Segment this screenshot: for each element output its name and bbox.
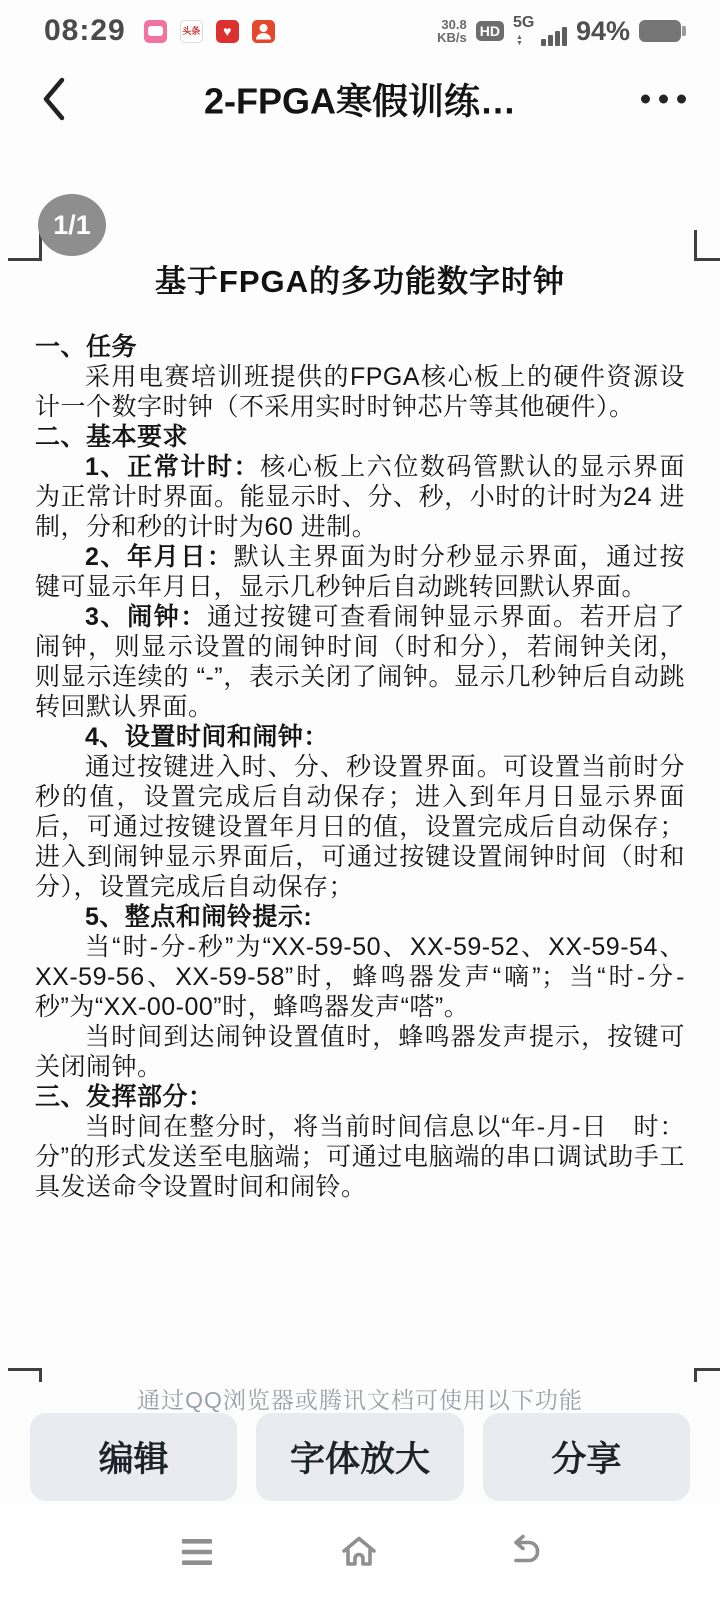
doc-section-heading: 三、发挥部分：	[35, 1082, 685, 1112]
chevron-left-icon	[34, 71, 72, 127]
notification-icons: 头条 ♥	[144, 20, 275, 43]
signal-bars-icon	[541, 27, 567, 46]
hd-badge: HD	[476, 21, 504, 41]
doc-paragraph: 当“时-分-秒”为“XX-59-50、XX-59-52、XX-59-54、XX-…	[35, 932, 685, 1022]
doc-paragraph: 当时间在整分时，将当前时间信息以“年-月-日 时：分”的形式发送至电脑端；可通过…	[35, 1112, 685, 1202]
phone-screen: 08:29 头条 ♥ 30.8 KB/s HD 5G ▲▼ 94%	[0, 0, 720, 1600]
status-indicators: 30.8 KB/s HD 5G ▲▼ 94%	[437, 15, 686, 47]
title-bar: 2-FPGA寒假训练…	[0, 56, 720, 142]
network-speed: 30.8 KB/s	[437, 18, 467, 44]
heart-app-icon: ♥	[216, 20, 239, 43]
system-nav-bar	[0, 1504, 720, 1600]
more-options-button[interactable]	[637, 85, 690, 114]
doc-paragraph: 通过按键进入时、分、秒设置界面。可设置当前时分秒的值，设置完成后自动保存；进入到…	[35, 752, 685, 902]
tv-glyph	[148, 26, 163, 36]
bilibili-app-icon	[144, 20, 167, 43]
dot-icon	[677, 95, 686, 104]
data-arrows-icon: ▲▼	[516, 35, 523, 47]
page-corner-mark-bottom-left	[8, 1368, 42, 1382]
page-corner-mark-bottom-right	[694, 1368, 720, 1382]
document-body: 一、任务 采用电赛培训班提供的FPGA核心板上的硬件资源设计一个数字时钟（不采用…	[35, 332, 685, 1202]
back-button[interactable]	[34, 71, 72, 127]
edit-button[interactable]: 编辑	[30, 1413, 237, 1501]
status-bar: 08:29 头条 ♥ 30.8 KB/s HD 5G ▲▼ 94%	[0, 0, 720, 56]
signal-indicator: 5G ▲▼	[513, 15, 567, 47]
doc-item-label: 2、年月日：	[85, 543, 234, 571]
battery-icon	[639, 20, 686, 42]
doc-paragraph: 1、正常计时：核心板上六位数码管默认的显示界面为正常计时界面。能显示时、分、秒，…	[35, 452, 685, 542]
doc-section-heading: 二、基本要求	[35, 422, 685, 452]
page-corner-mark-top-left	[8, 230, 42, 261]
doc-paragraph: 当时间到达闹钟设置值时，蜂鸣器发声提示，按键可关闭闹钟。	[35, 1022, 685, 1082]
dot-icon	[641, 95, 650, 104]
dot-icon	[659, 95, 668, 104]
back-nav-icon[interactable]	[502, 1534, 542, 1570]
doc-paragraph: 2、年月日：默认主界面为时分秒显示界面，通过按键可显示年月日，显示几秒钟后自动跳…	[35, 542, 685, 602]
page-indicator-badge: 1/1	[38, 194, 106, 256]
home-icon[interactable]	[339, 1534, 379, 1570]
battery-percent: 94%	[576, 16, 630, 47]
feature-tip-text: 通过QQ浏览器或腾讯文档可使用以下功能	[0, 1382, 720, 1415]
network-type-label: 5G	[513, 14, 534, 32]
doc-item-heading: 5、整点和闹铃提示:	[35, 902, 685, 932]
recents-menu-icon[interactable]	[178, 1534, 216, 1570]
doc-item-label: 3、闹钟：	[85, 603, 207, 631]
toutiao-app-icon: 头条	[180, 20, 203, 43]
document-heading: 基于FPGA的多功能数字时钟	[0, 256, 720, 301]
action-button-row: 编辑 字体放大 分享	[30, 1413, 690, 1501]
clock-time: 08:29	[44, 14, 126, 48]
doc-paragraph: 采用电赛培训班提供的FPGA核心板上的硬件资源设计一个数字时钟（不采用实时时钟芯…	[35, 362, 685, 422]
share-button[interactable]: 分享	[483, 1413, 690, 1501]
doc-paragraph: 3、闹钟：通过按键可查看闹钟显示界面。若开启了闹钟，则显示设置的闹钟时间（时和分…	[35, 602, 685, 722]
doc-section-heading: 一、任务	[35, 332, 685, 362]
person-app-icon	[252, 20, 275, 43]
doc-item-label: 1、正常计时：	[85, 453, 260, 481]
enlarge-font-button[interactable]: 字体放大	[256, 1413, 463, 1501]
document-file-title: 2-FPGA寒假训练…	[90, 74, 630, 125]
doc-item-heading: 4、设置时间和闹钟：	[35, 722, 685, 752]
page-corner-mark-top-right	[694, 230, 720, 261]
